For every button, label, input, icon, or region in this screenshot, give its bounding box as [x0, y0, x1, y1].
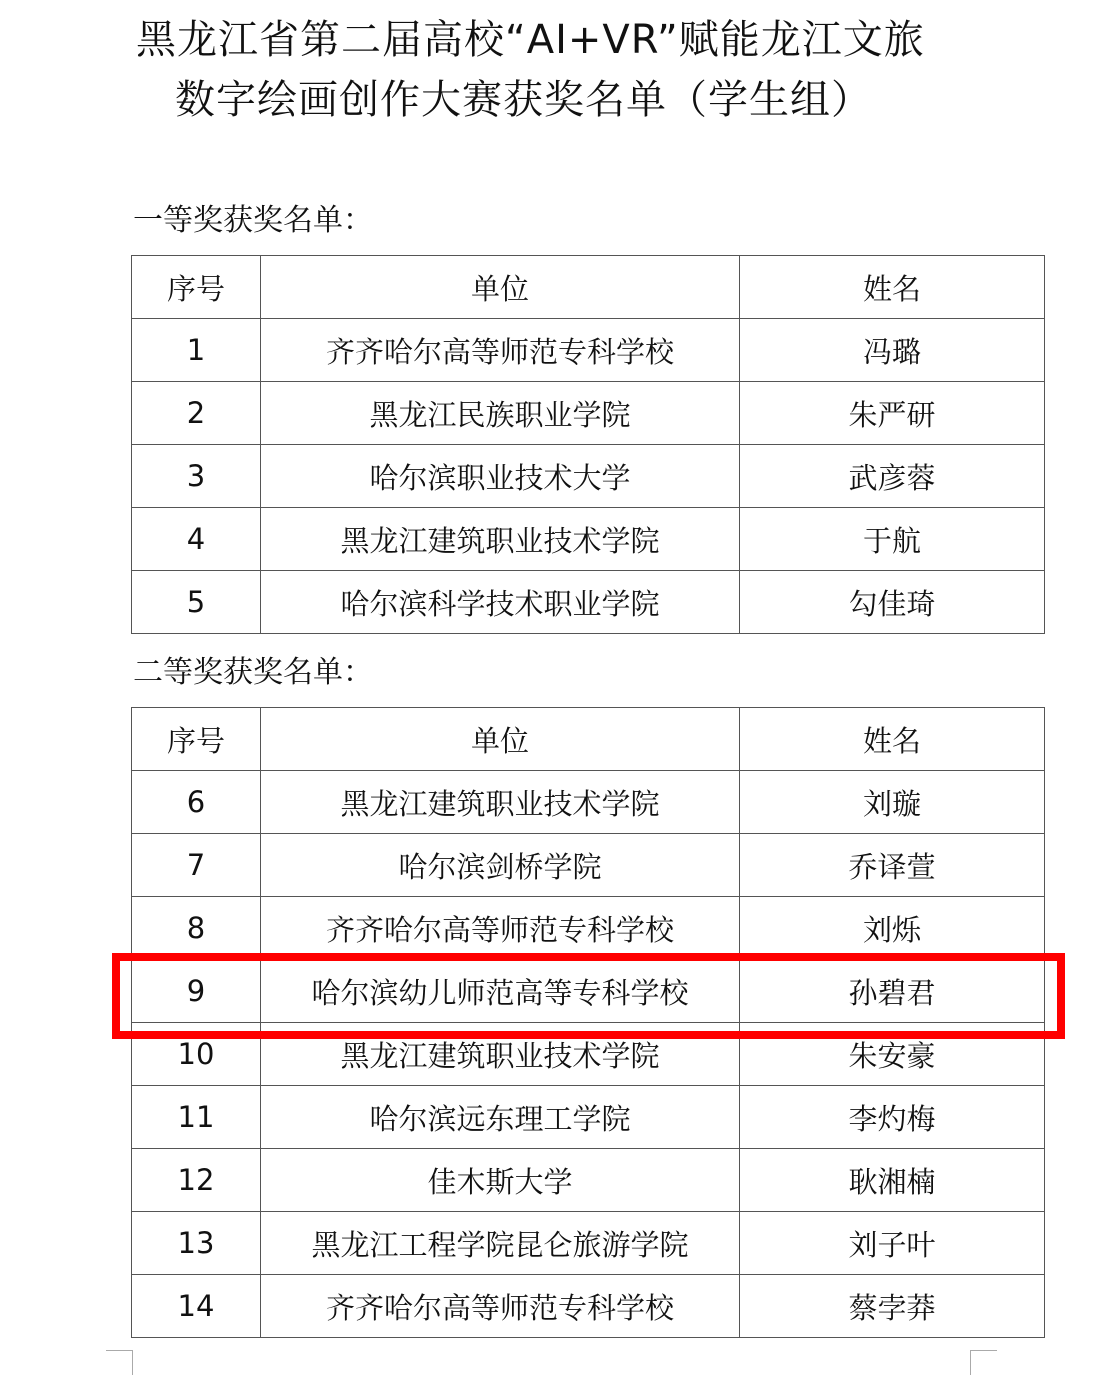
table-row: 2黑龙江民族职业学院朱严研 [132, 382, 1045, 445]
table-row: 11哈尔滨远东理工学院李灼梅 [132, 1086, 1045, 1149]
table-header-row: 序号 单位 姓名 [132, 256, 1045, 319]
first-prize-heading: 一等奖获奖名单： [133, 203, 373, 239]
document-title-line-2: 数字绘画创作大赛获奖名单（学生组） [175, 76, 1112, 124]
cell-index: 8 [132, 897, 261, 960]
cell-unit: 哈尔滨职业技术大学 [261, 445, 740, 508]
column-header-index: 序号 [132, 708, 261, 771]
cell-name: 勾佳琦 [740, 571, 1045, 634]
cell-unit: 齐齐哈尔高等师范专科学校 [261, 1275, 740, 1338]
second-prize-heading: 二等奖获奖名单： [133, 655, 373, 691]
cell-name: 刘子叶 [740, 1212, 1045, 1275]
cell-index: 5 [132, 571, 261, 634]
cell-unit: 哈尔滨远东理工学院 [261, 1086, 740, 1149]
cell-unit: 齐齐哈尔高等师范专科学校 [261, 897, 740, 960]
cell-unit: 齐齐哈尔高等师范专科学校 [261, 319, 740, 382]
column-header-name: 姓名 [740, 256, 1045, 319]
cell-index: 11 [132, 1086, 261, 1149]
table-row: 13黑龙江工程学院昆仑旅游学院刘子叶 [132, 1212, 1045, 1275]
table-row: 1齐齐哈尔高等师范专科学校冯璐 [132, 319, 1045, 382]
column-header-name: 姓名 [740, 708, 1045, 771]
cell-unit: 佳木斯大学 [261, 1149, 740, 1212]
table-row: 6黑龙江建筑职业技术学院刘璇 [132, 771, 1045, 834]
cell-index: 2 [132, 382, 261, 445]
cell-index: 14 [132, 1275, 261, 1338]
cell-name: 耿湘楠 [740, 1149, 1045, 1212]
cell-index: 3 [132, 445, 261, 508]
page-corner-mark-right [970, 1350, 997, 1375]
cell-index: 6 [132, 771, 261, 834]
cell-name: 朱严研 [740, 382, 1045, 445]
cell-name: 乔译萱 [740, 834, 1045, 897]
table-row: 14齐齐哈尔高等师范专科学校蔡孛莽 [132, 1275, 1045, 1338]
cell-name: 李灼梅 [740, 1086, 1045, 1149]
cell-unit: 黑龙江工程学院昆仑旅游学院 [261, 1212, 740, 1275]
cell-index: 7 [132, 834, 261, 897]
column-header-unit: 单位 [261, 708, 740, 771]
cell-name: 刘璇 [740, 771, 1045, 834]
cell-unit: 黑龙江民族职业学院 [261, 382, 740, 445]
cell-index: 12 [132, 1149, 261, 1212]
column-header-index: 序号 [132, 256, 261, 319]
cell-name: 蔡孛莽 [740, 1275, 1045, 1338]
table-row: 5哈尔滨科学技术职业学院勾佳琦 [132, 571, 1045, 634]
table-header-row: 序号 单位 姓名 [132, 708, 1045, 771]
document-title-line-1: 黑龙江省第二届高校“AI+VR”赋能龙江文旅 [136, 16, 1112, 64]
table-row: 3哈尔滨职业技术大学武彦蓉 [132, 445, 1045, 508]
page-corner-mark-left [106, 1350, 133, 1375]
table-row: 7哈尔滨剑桥学院乔译萱 [132, 834, 1045, 897]
highlight-box [112, 953, 1065, 1039]
cell-unit: 哈尔滨科学技术职业学院 [261, 571, 740, 634]
cell-index: 13 [132, 1212, 261, 1275]
table-row: 8齐齐哈尔高等师范专科学校刘烁 [132, 897, 1045, 960]
cell-unit: 黑龙江建筑职业技术学院 [261, 771, 740, 834]
table-row: 4黑龙江建筑职业技术学院于航 [132, 508, 1045, 571]
cell-unit: 哈尔滨剑桥学院 [261, 834, 740, 897]
cell-unit: 黑龙江建筑职业技术学院 [261, 508, 740, 571]
first-prize-table: 序号 单位 姓名 1齐齐哈尔高等师范专科学校冯璐2黑龙江民族职业学院朱严研3哈尔… [131, 255, 1045, 634]
column-header-unit: 单位 [261, 256, 740, 319]
cell-name: 武彦蓉 [740, 445, 1045, 508]
cell-name: 刘烁 [740, 897, 1045, 960]
cell-index: 1 [132, 319, 261, 382]
cell-name: 于航 [740, 508, 1045, 571]
cell-name: 冯璐 [740, 319, 1045, 382]
cell-index: 4 [132, 508, 261, 571]
table-row: 12佳木斯大学耿湘楠 [132, 1149, 1045, 1212]
